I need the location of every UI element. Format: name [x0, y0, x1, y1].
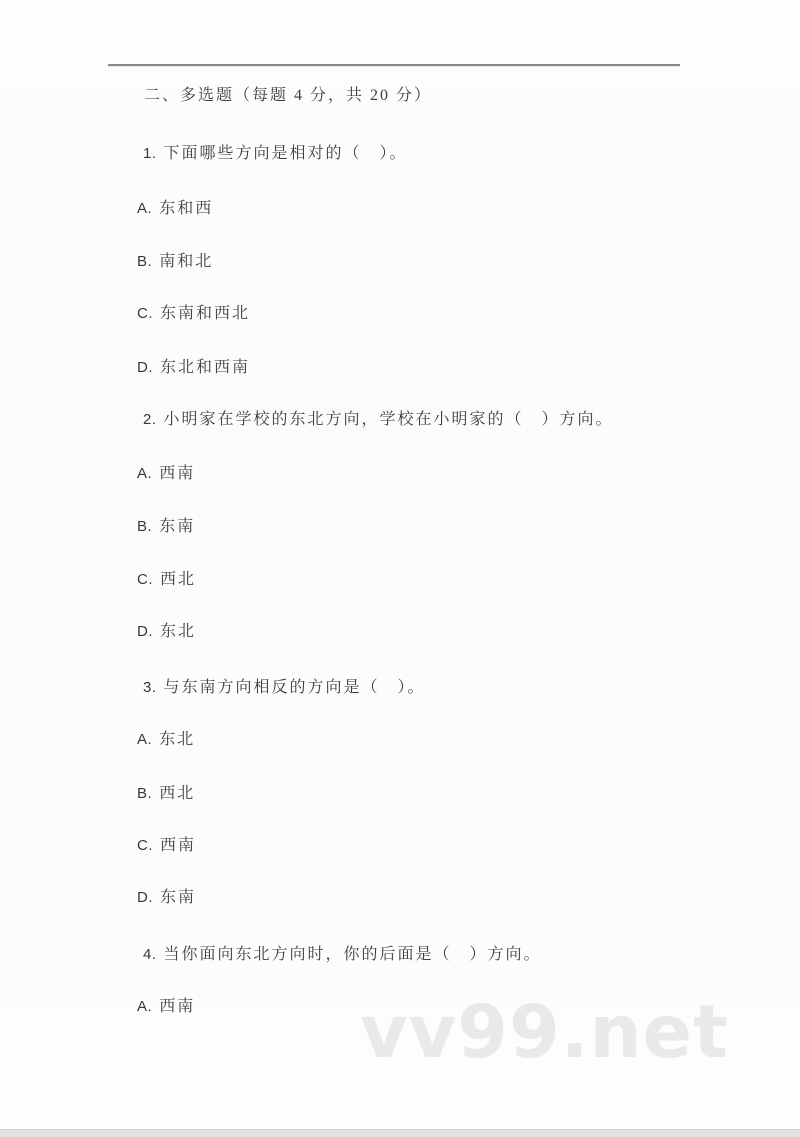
option-label: C.	[137, 305, 153, 322]
option-label: A.	[137, 465, 152, 482]
option-text: 西北	[159, 785, 195, 802]
option-label: D.	[137, 359, 153, 376]
option-text: 东南	[159, 518, 195, 535]
question-3-option-c: C.西南	[137, 836, 196, 856]
question-4-number: 4.	[143, 946, 157, 963]
option-label: B.	[137, 785, 152, 802]
option-label: A.	[137, 731, 152, 748]
question-1-option-b: B.南和北	[137, 252, 213, 272]
question-2-option-b: B.东南	[137, 517, 195, 537]
footer-band	[0, 1129, 800, 1137]
section-divider-line	[108, 64, 680, 66]
question-1-option-a: A.东和西	[137, 199, 213, 219]
question-3-text: 与东南方向相反的方向是（ ）。	[164, 679, 426, 696]
question-3: 3.与东南方向相反的方向是（ ）。	[143, 678, 426, 698]
option-label: B.	[137, 518, 152, 535]
question-3-option-d: D.东南	[137, 888, 196, 908]
question-1-number: 1.	[143, 145, 157, 162]
option-text: 东南	[160, 889, 196, 906]
question-2-option-d: D.东北	[137, 622, 196, 642]
option-text: 西南	[159, 465, 195, 482]
question-2: 2.小明家在学校的东北方向，学校在小明家的（ ）方向。	[143, 410, 614, 430]
option-text: 南和北	[159, 253, 213, 270]
option-text: 东北和西南	[160, 359, 250, 376]
option-label: A.	[137, 200, 152, 217]
question-2-option-c: C.西北	[137, 570, 196, 590]
option-label: D.	[137, 623, 153, 640]
option-label: A.	[137, 998, 152, 1015]
question-1: 1.下面哪些方向是相对的（ ）。	[143, 144, 408, 164]
option-text: 西南	[160, 837, 196, 854]
section-header-text: 二、多选题（每题 4 分，共 20 分）	[144, 87, 432, 104]
option-text: 西北	[160, 571, 196, 588]
document-page: 二、多选题（每题 4 分，共 20 分） 1.下面哪些方向是相对的（ ）。 A.…	[0, 0, 800, 1137]
watermark: vv99.net	[360, 990, 729, 1075]
option-text: 东北	[159, 731, 195, 748]
option-label: C.	[137, 571, 153, 588]
option-text: 东南和西北	[160, 305, 250, 322]
question-3-number: 3.	[143, 679, 157, 696]
option-text: 东北	[160, 623, 196, 640]
option-label: D.	[137, 889, 153, 906]
question-1-option-c: C.东南和西北	[137, 304, 250, 324]
question-3-option-a: A.东北	[137, 730, 195, 750]
question-2-number: 2.	[143, 411, 157, 428]
option-label: C.	[137, 837, 153, 854]
question-2-text: 小明家在学校的东北方向，学校在小明家的（ ）方向。	[164, 411, 614, 428]
question-1-option-d: D.东北和西南	[137, 358, 250, 378]
question-4-text: 当你面向东北方向时，你的后面是（ ）方向。	[164, 946, 542, 963]
section-header: 二、多选题（每题 4 分，共 20 分）	[144, 86, 432, 106]
question-2-option-a: A.西南	[137, 464, 195, 484]
question-3-option-b: B.西北	[137, 784, 195, 804]
question-4: 4.当你面向东北方向时，你的后面是（ ）方向。	[143, 945, 542, 965]
option-text: 东和西	[159, 200, 213, 217]
option-text: 西南	[159, 998, 195, 1015]
question-4-option-a: A.西南	[137, 997, 195, 1017]
option-label: B.	[137, 253, 152, 270]
question-1-text: 下面哪些方向是相对的（ ）。	[164, 145, 408, 162]
